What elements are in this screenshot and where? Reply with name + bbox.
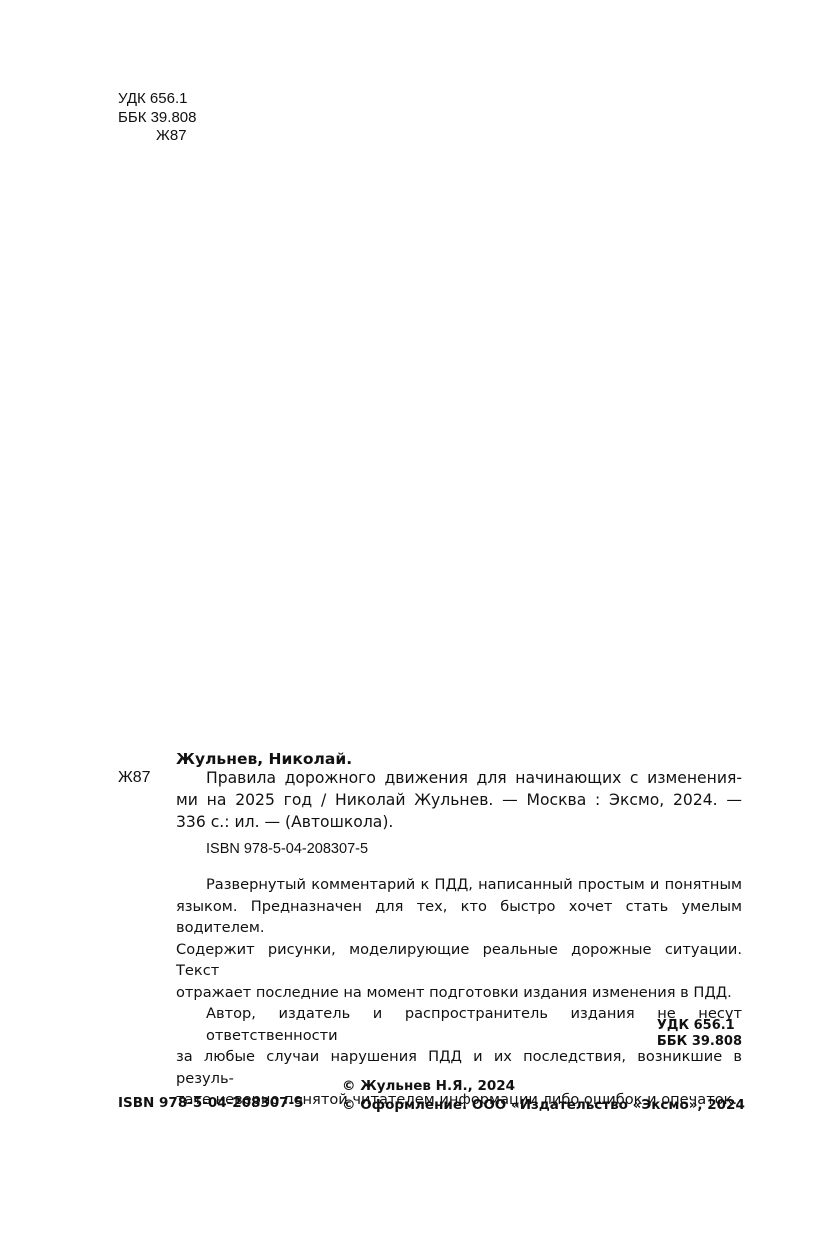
bbk-code: ББК 39.808 (118, 109, 196, 128)
catalog-author-mark: Ж87 (118, 769, 151, 787)
title-line: ми на 2025 год / Николай Жульнев. — Моск… (176, 789, 742, 811)
classification-codes-bottom: УДК 656.1 ББК 39.808 (657, 1018, 742, 1049)
classification-codes-top: УДК 656.1 ББК 39.808 Ж87 (118, 90, 196, 146)
catalog-isbn: ISBN 978-5-04-208307-5 (206, 841, 368, 857)
bbk-code-bottom: ББК 39.808 (657, 1034, 742, 1050)
udk-code: УДК 656.1 (118, 90, 196, 109)
author-mark: Ж87 (118, 127, 196, 146)
annotation-line: отражает последние на момент подготовки … (176, 982, 742, 1004)
title-line: Правила дорожного движения для начинающи… (176, 767, 742, 789)
copyright-author: © Жульнев Н.Я., 2024 (342, 1077, 745, 1096)
annotation: Развернутый комментарий к ПДД, написанны… (176, 874, 742, 1111)
imprint-isbn: ISBN 978-5-04-208307-5 (118, 1095, 304, 1111)
title-line: 336 с.: ил. — (Автошкола). (176, 811, 742, 833)
udk-code-bottom: УДК 656.1 (657, 1018, 742, 1034)
bibliographic-description: Правила дорожного движения для начинающи… (176, 767, 742, 833)
annotation-line: Содержит рисунки, моделирующие реальные … (176, 939, 742, 982)
copyright-block: © Жульнев Н.Я., 2024 © Оформление. ООО «… (342, 1077, 745, 1115)
annotation-line: Развернутый комментарий к ПДД, написанны… (176, 874, 742, 896)
author-heading: Жульнев, Николай. (176, 750, 352, 768)
copyright-design: © Оформление. ООО «Издательство «Эксмо»,… (342, 1096, 745, 1115)
annotation-line: языком. Предназначен для тех, кто быстро… (176, 896, 742, 939)
